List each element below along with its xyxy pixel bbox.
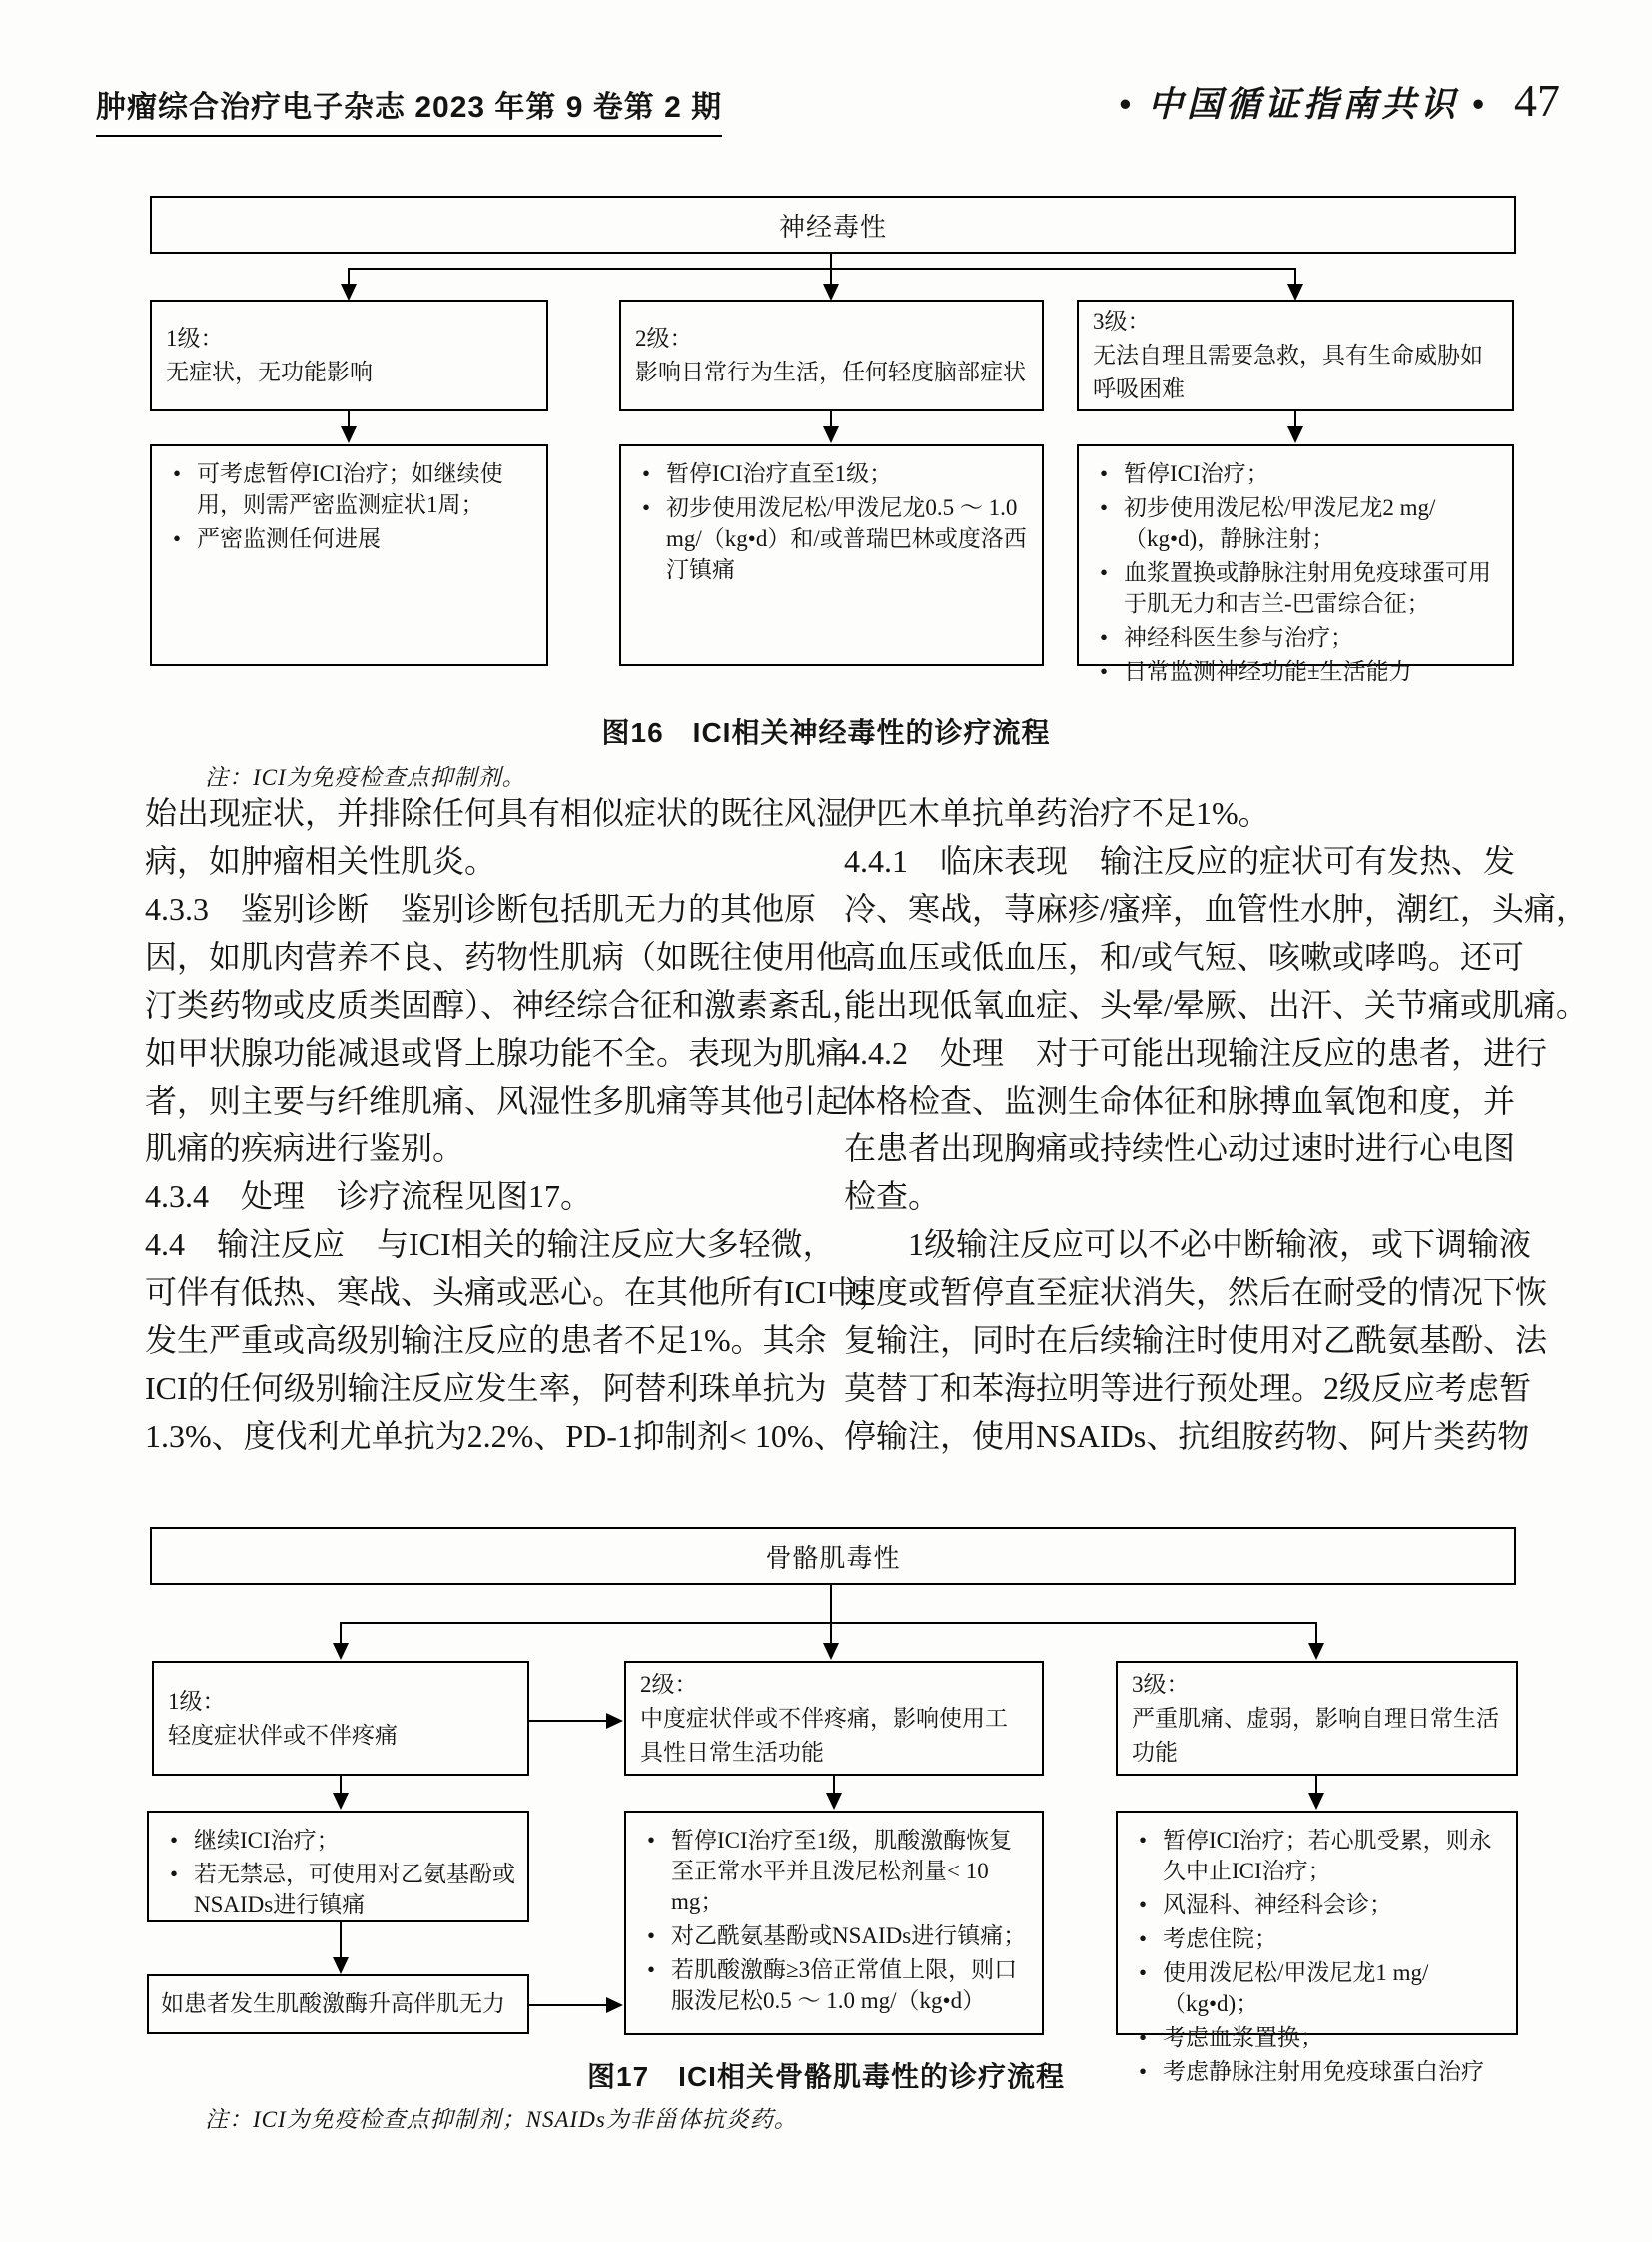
grade-desc: 中度症状伴或不伴疼痛，影响使用工具性日常生活功能 bbox=[640, 1702, 1028, 1770]
bullet-item: 暂停ICI治疗至1级，肌酸激酶恢复至正常水平并且泼尼松剂量< 10 mg； bbox=[638, 1825, 1032, 1917]
grade-label: 1级： bbox=[166, 322, 532, 356]
bullet-item: 若无禁忌，可使用对乙氨基酚或NSAIDs进行镇痛 bbox=[161, 1859, 517, 1920]
fig17-ck-elevation-box: 如患者发生肌酸激酶升高伴肌无力 bbox=[147, 1974, 529, 2034]
bullet-item: 暂停ICI治疗；若心肌受累，则永久中止ICI治疗； bbox=[1130, 1825, 1506, 1886]
body-text-line: ICI的任何级别输注反应发生率，阿替利珠单抗为 bbox=[145, 1364, 820, 1412]
body-text-line: 4.3.4 处理 诊疗流程见图17。 bbox=[145, 1172, 820, 1220]
treatment-bullet-list: 暂停ICI治疗至1级，肌酸激酶恢复至正常水平并且泼尼松剂量< 10 mg；对乙酰… bbox=[626, 1813, 1042, 2016]
bullet-item: 暂停ICI治疗； bbox=[1091, 458, 1502, 489]
grade-desc: 影响日常行为生活，任何轻度脑部症状 bbox=[635, 356, 1028, 389]
arrowhead-down bbox=[823, 284, 839, 301]
arrowhead-down bbox=[823, 426, 839, 443]
body-text-line: 速度或暂停直至症状消失，然后在耐受的情况下恢 bbox=[844, 1268, 1523, 1316]
fig16-caption: 图16 ICI相关神经毒性的诊疗流程 bbox=[0, 711, 1652, 751]
page-header-right: • 中国循证指南共识 • 47 bbox=[1119, 74, 1560, 127]
grade-desc: 无法自理且需要急救，具有生命威胁如呼吸困难 bbox=[1093, 339, 1498, 406]
connector-line bbox=[1315, 1622, 1317, 1644]
grade-label: 2级： bbox=[635, 322, 1028, 356]
grade-desc: 无症状，无功能影响 bbox=[166, 356, 532, 389]
body-text-line: 1级输注反应可以不必中断输液，或下调输液 bbox=[844, 1220, 1523, 1268]
connector-line bbox=[830, 411, 832, 427]
arrowhead-down bbox=[1308, 1643, 1324, 1660]
bullet-item: 初步使用泼尼松/甲泼尼龙0.5 ～ 1.0 mg/（kg•d）和/或普瑞巴林或度… bbox=[633, 492, 1032, 585]
arrowhead-down bbox=[826, 1793, 842, 1810]
connector-line bbox=[349, 268, 1295, 270]
bullet-item: 对乙酰氨基酚或NSAIDs进行镇痛； bbox=[638, 1920, 1032, 1951]
body-text-line: 检查。 bbox=[844, 1172, 1523, 1220]
body-text-line: 停输注，使用NSAIDs、抗组胺药物、阿片类药物 bbox=[844, 1412, 1523, 1460]
grade-label: 1级： bbox=[168, 1685, 513, 1719]
bullet-item: 可考虑暂停ICI治疗；如继续使用，则需严密监测症状1周； bbox=[164, 458, 536, 520]
fig17-grade1-box: 1级： 轻度症状伴或不伴疼痛 bbox=[152, 1661, 529, 1776]
body-text-line: 能出现低氧血症、头晕/晕厥、出汗、关节痛或肌痛。 bbox=[844, 981, 1523, 1029]
body-text-line: 汀类药物或皮质类固醇）、神经综合征和激素紊乱， bbox=[145, 981, 820, 1029]
grade-desc: 轻度症状伴或不伴疼痛 bbox=[168, 1719, 513, 1753]
fig16-root-label: 神经毒性 bbox=[779, 207, 887, 244]
treatment-bullet-list: 可考虑暂停ICI治疗；如继续使用，则需严密监测症状1周；严密监测任何进展 bbox=[152, 446, 546, 554]
fig17-treatment1-box: 继续ICI治疗；若无禁忌，可使用对乙氨基酚或NSAIDs进行镇痛 bbox=[147, 1811, 529, 1922]
journal-title: 肿瘤综合治疗电子杂志 2023 年第 9 卷第 2 期 bbox=[96, 82, 722, 137]
connector-line bbox=[1315, 1776, 1317, 1794]
body-text-line: 者，则主要与纤维肌痛、风湿性多肌痛等其他引起 bbox=[145, 1077, 820, 1124]
bullet-item: 血浆置换或静脉注射用免疫球蛋可用于肌无力和吉兰-巴雷综合征； bbox=[1091, 557, 1502, 619]
bullet-item: 暂停ICI治疗直至1级； bbox=[633, 458, 1032, 489]
arrowhead-right bbox=[606, 1713, 623, 1729]
body-text-line: 发生严重或高级别输注反应的患者不足1%。其余 bbox=[145, 1316, 820, 1364]
body-column-left: 始出现症状，并排除任何具有相似症状的既往风湿病，如肿瘤相关性肌炎。4.3.3 鉴… bbox=[145, 789, 820, 1460]
fig17-note: 注：ICI为免疫检查点抑制剂；NSAIDs为非甾体抗炎药。 bbox=[205, 2101, 798, 2134]
fig16-grade3-box: 3级： 无法自理且需要急救，具有生命威胁如呼吸困难 bbox=[1077, 300, 1514, 411]
fig16-treatment3-box: 暂停ICI治疗；初步使用泼尼松/甲泼尼龙2 mg/（kg•d)，静脉注射；血浆置… bbox=[1077, 444, 1514, 666]
bullet-item: 考虑住院； bbox=[1130, 1923, 1506, 1954]
body-text-line: 可伴有低热、寒战、头痛或恶心。在其他所有ICI中， bbox=[145, 1268, 820, 1316]
grade-label: 3级： bbox=[1132, 1668, 1502, 1702]
connector-line bbox=[833, 1776, 835, 1794]
connector-line bbox=[341, 1622, 1316, 1624]
arrowhead-right bbox=[606, 1997, 623, 2013]
bullet-item: 考虑血浆置换； bbox=[1130, 2022, 1506, 2053]
body-text-line: 1.3%、度伐利尤单抗为2.2%、PD-1抑制剂< 10%、 bbox=[145, 1412, 820, 1460]
fig16-note: 注：ICI为免疫检查点抑制剂。 bbox=[205, 759, 526, 792]
bullet-item: 日常监测神经功能±生活能力 bbox=[1091, 656, 1502, 687]
connector-line bbox=[348, 268, 350, 285]
treatment-bullet-list: 暂停ICI治疗；若心肌受累，则永久中止ICI治疗；风湿科、神经科会诊；考虑住院；… bbox=[1118, 1813, 1516, 2087]
body-text-line: 4.4.1 临床表现 输注反应的症状可有发热、发 bbox=[844, 837, 1523, 885]
grade-label: 3级： bbox=[1093, 305, 1498, 339]
connector-line bbox=[348, 411, 350, 427]
arrowhead-down bbox=[341, 426, 357, 443]
fig16-treatment2-box: 暂停ICI治疗直至1级；初步使用泼尼松/甲泼尼龙0.5 ～ 1.0 mg/（kg… bbox=[619, 444, 1044, 666]
body-text-line: 如甲状腺功能减退或肾上腺功能不全。表现为肌痛 bbox=[145, 1029, 820, 1077]
body-text-line: 在患者出现胸痛或持续性心动过速时进行心电图 bbox=[844, 1124, 1523, 1172]
bullet-item: 严密监测任何进展 bbox=[164, 523, 536, 554]
fig16-grade1-box: 1级： 无症状，无功能影响 bbox=[150, 300, 548, 411]
fig17-treatment3-box: 暂停ICI治疗；若心肌受累，则永久中止ICI治疗；风湿科、神经科会诊；考虑住院；… bbox=[1116, 1811, 1518, 2035]
treatment-bullet-list: 继续ICI治疗；若无禁忌，可使用对乙氨基酚或NSAIDs进行镇痛 bbox=[149, 1813, 527, 1920]
fig17-caption: 图17 ICI相关骨骼肌毒性的诊疗流程 bbox=[0, 2055, 1652, 2095]
body-text-line: 体格检查、监测生命体征和脉搏血氧饱和度，并 bbox=[844, 1077, 1523, 1124]
body-text-line: 伊匹木单抗单药治疗不足1%。 bbox=[844, 789, 1523, 837]
fig16-grade2-box: 2级： 影响日常行为生活，任何轻度脑部症状 bbox=[619, 300, 1044, 411]
page-number: 47 bbox=[1514, 74, 1560, 127]
body-text-line: 因，如肌肉营养不良、药物性肌病（如既往使用他 bbox=[145, 933, 820, 981]
arrowhead-down bbox=[1287, 426, 1303, 443]
body-text-line: 肌痛的疾病进行鉴别。 bbox=[145, 1124, 820, 1172]
connector-line bbox=[830, 1585, 832, 1644]
body-text-line: 4.4 输注反应 与ICI相关的输注反应大多轻微， bbox=[145, 1220, 820, 1268]
arrowhead-down bbox=[823, 1643, 839, 1660]
treatment-bullet-list: 暂停ICI治疗直至1级；初步使用泼尼松/甲泼尼龙0.5 ～ 1.0 mg/（kg… bbox=[621, 446, 1042, 585]
fig17-grade3-box: 3级： 严重肌痛、虚弱，影响自理日常生活功能 bbox=[1116, 1661, 1518, 1776]
connector-line bbox=[340, 1922, 342, 1958]
arrowhead-down bbox=[341, 284, 357, 301]
fig17-grade2-box: 2级： 中度症状伴或不伴疼痛，影响使用工具性日常生活功能 bbox=[624, 1661, 1044, 1776]
body-text-line: 冷、寒战，荨麻疹/瘙痒，血管性水肿，潮红，头痛， bbox=[844, 885, 1523, 933]
body-text-line: 4.4.2 处理 对于可能出现输注反应的患者，进行 bbox=[844, 1029, 1523, 1077]
fig17-root-box: 骨骼肌毒性 bbox=[150, 1527, 1516, 1585]
body-text-line: 莫替丁和苯海拉明等进行预处理。2级反应考虑暂 bbox=[844, 1364, 1523, 1412]
connector-line bbox=[1294, 268, 1296, 285]
bullet-item: 风湿科、神经科会诊； bbox=[1130, 1889, 1506, 1920]
body-text-line: 4.3.3 鉴别诊断 鉴别诊断包括肌无力的其他原 bbox=[145, 885, 820, 933]
connector-line bbox=[529, 2004, 608, 2006]
bullet-item: 神经科医生参与治疗； bbox=[1091, 622, 1502, 653]
arrowhead-down bbox=[333, 1957, 349, 1974]
connector-line bbox=[529, 1720, 608, 1722]
connector-line bbox=[340, 1622, 342, 1644]
bullet-item: 继续ICI治疗； bbox=[161, 1825, 517, 1856]
fig17-treatment2-box: 暂停ICI治疗至1级，肌酸激酶恢复至正常水平并且泼尼松剂量< 10 mg；对乙酰… bbox=[624, 1811, 1044, 2035]
ck-elevation-text: 如患者发生肌酸激酶升高伴肌无力 bbox=[161, 1989, 505, 2019]
body-text-line: 复输注，同时在后续输注时使用对乙酰氨基酚、法 bbox=[844, 1316, 1523, 1364]
bullet-item: 初步使用泼尼松/甲泼尼龙2 mg/（kg•d)，静脉注射； bbox=[1091, 492, 1502, 554]
fig16-root-box: 神经毒性 bbox=[150, 196, 1516, 254]
treatment-bullet-list: 暂停ICI治疗；初步使用泼尼松/甲泼尼龙2 mg/（kg•d)，静脉注射；血浆置… bbox=[1079, 446, 1512, 687]
journal-page: 肿瘤综合治疗电子杂志 2023 年第 9 卷第 2 期 • 中国循证指南共识 •… bbox=[0, 0, 1652, 2242]
section-title: • 中国循证指南共识 • bbox=[1119, 77, 1488, 127]
fig16-treatment1-box: 可考虑暂停ICI治疗；如继续使用，则需严密监测症状1周；严密监测任何进展 bbox=[150, 444, 548, 666]
fig17-root-label: 骨骼肌毒性 bbox=[765, 1538, 900, 1575]
arrowhead-down bbox=[333, 1643, 349, 1660]
arrowhead-down bbox=[1287, 284, 1303, 301]
bullet-item: 使用泼尼松/甲泼尼龙1 mg/（kg•d)； bbox=[1130, 1957, 1506, 2019]
body-column-right: 伊匹木单抗单药治疗不足1%。4.4.1 临床表现 输注反应的症状可有发热、发冷、… bbox=[844, 789, 1523, 1460]
arrowhead-down bbox=[1308, 1793, 1324, 1810]
body-text-line: 高血压或低血压，和/或气短、咳嗽或哮鸣。还可 bbox=[844, 933, 1523, 981]
grade-desc: 严重肌痛、虚弱，影响自理日常生活功能 bbox=[1132, 1702, 1502, 1770]
arrowhead-down bbox=[333, 1793, 349, 1810]
body-text-line: 病，如肿瘤相关性肌炎。 bbox=[145, 837, 820, 885]
grade-label: 2级： bbox=[640, 1668, 1028, 1702]
bullet-item: 若肌酸激酶≥3倍正常值上限，则口服泼尼松0.5 ～ 1.0 mg/（kg•d） bbox=[638, 1954, 1032, 2016]
connector-line bbox=[1294, 411, 1296, 427]
connector-line bbox=[340, 1776, 342, 1794]
body-text-line: 始出现症状，并排除任何具有相似症状的既往风湿 bbox=[145, 789, 820, 837]
